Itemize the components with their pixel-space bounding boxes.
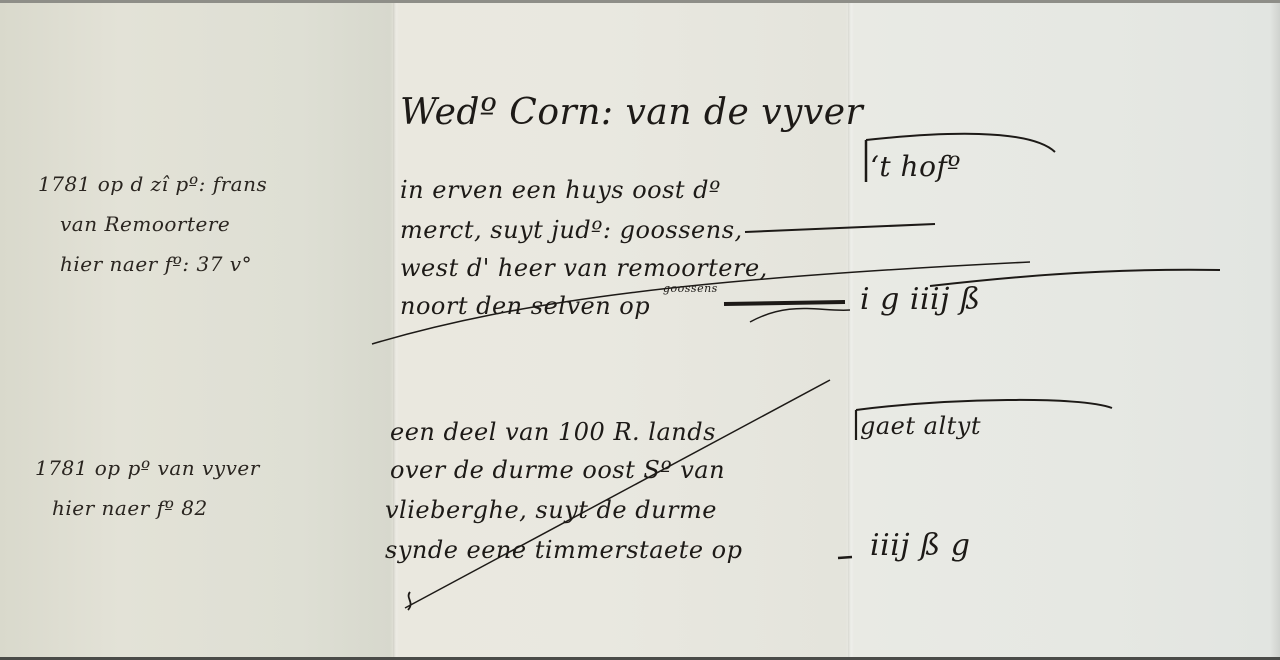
entry2-cancel-line (405, 380, 830, 608)
ink-strokes (0, 0, 1280, 660)
entry1-cancel-line (372, 262, 1030, 344)
